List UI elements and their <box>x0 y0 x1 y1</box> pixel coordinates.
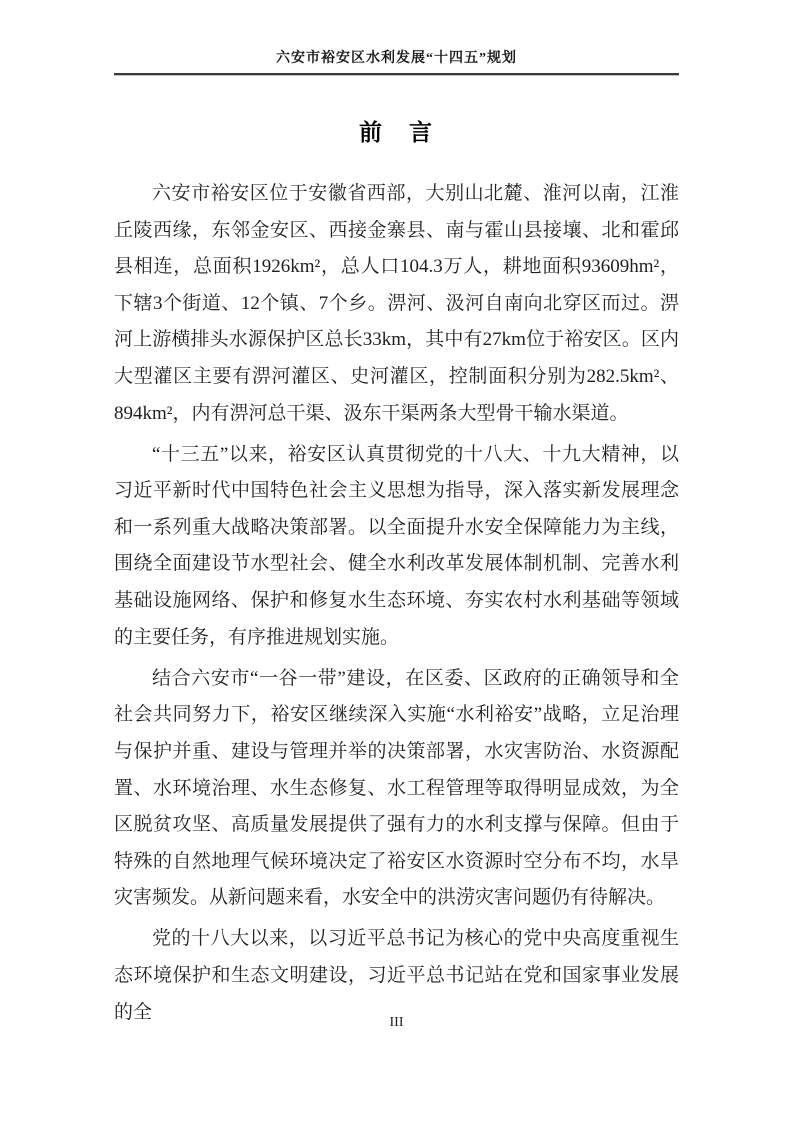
document-title: 前 言 <box>0 114 793 147</box>
header-rule <box>114 73 679 76</box>
page-header: 六安市裕安区水利发展“十四五”规划 <box>114 47 679 76</box>
document-body: 六安市裕安区位于安徽省西部，大别山北麓、淮河以南，江淮丘陵西缘，东邻金安区、西接… <box>114 176 679 1036</box>
header-title: 六安市裕安区水利发展“十四五”规划 <box>114 47 679 67</box>
paragraph-region-overview: 六安市裕安区位于安徽省西部，大别山北麓、淮河以南，江淮丘陵西缘，东邻金安区、西接… <box>114 176 679 432</box>
page-footer: III <box>0 1015 793 1031</box>
document-page: 六安市裕安区水利发展“十四五”规划 前 言 六安市裕安区位于安徽省西部，大别山北… <box>0 0 793 1122</box>
paragraph-achievements: 结合六安市“一谷一带”建设，在区委、区政府的正确领导和全社会共同努力下，裕安区继… <box>114 661 679 917</box>
page-number: III <box>390 1015 404 1030</box>
paragraph-13th-five-year: “十三五”以来，裕安区认真贯彻党的十八大、十九大精神，以习近平新时代中国特色社会… <box>114 437 679 657</box>
